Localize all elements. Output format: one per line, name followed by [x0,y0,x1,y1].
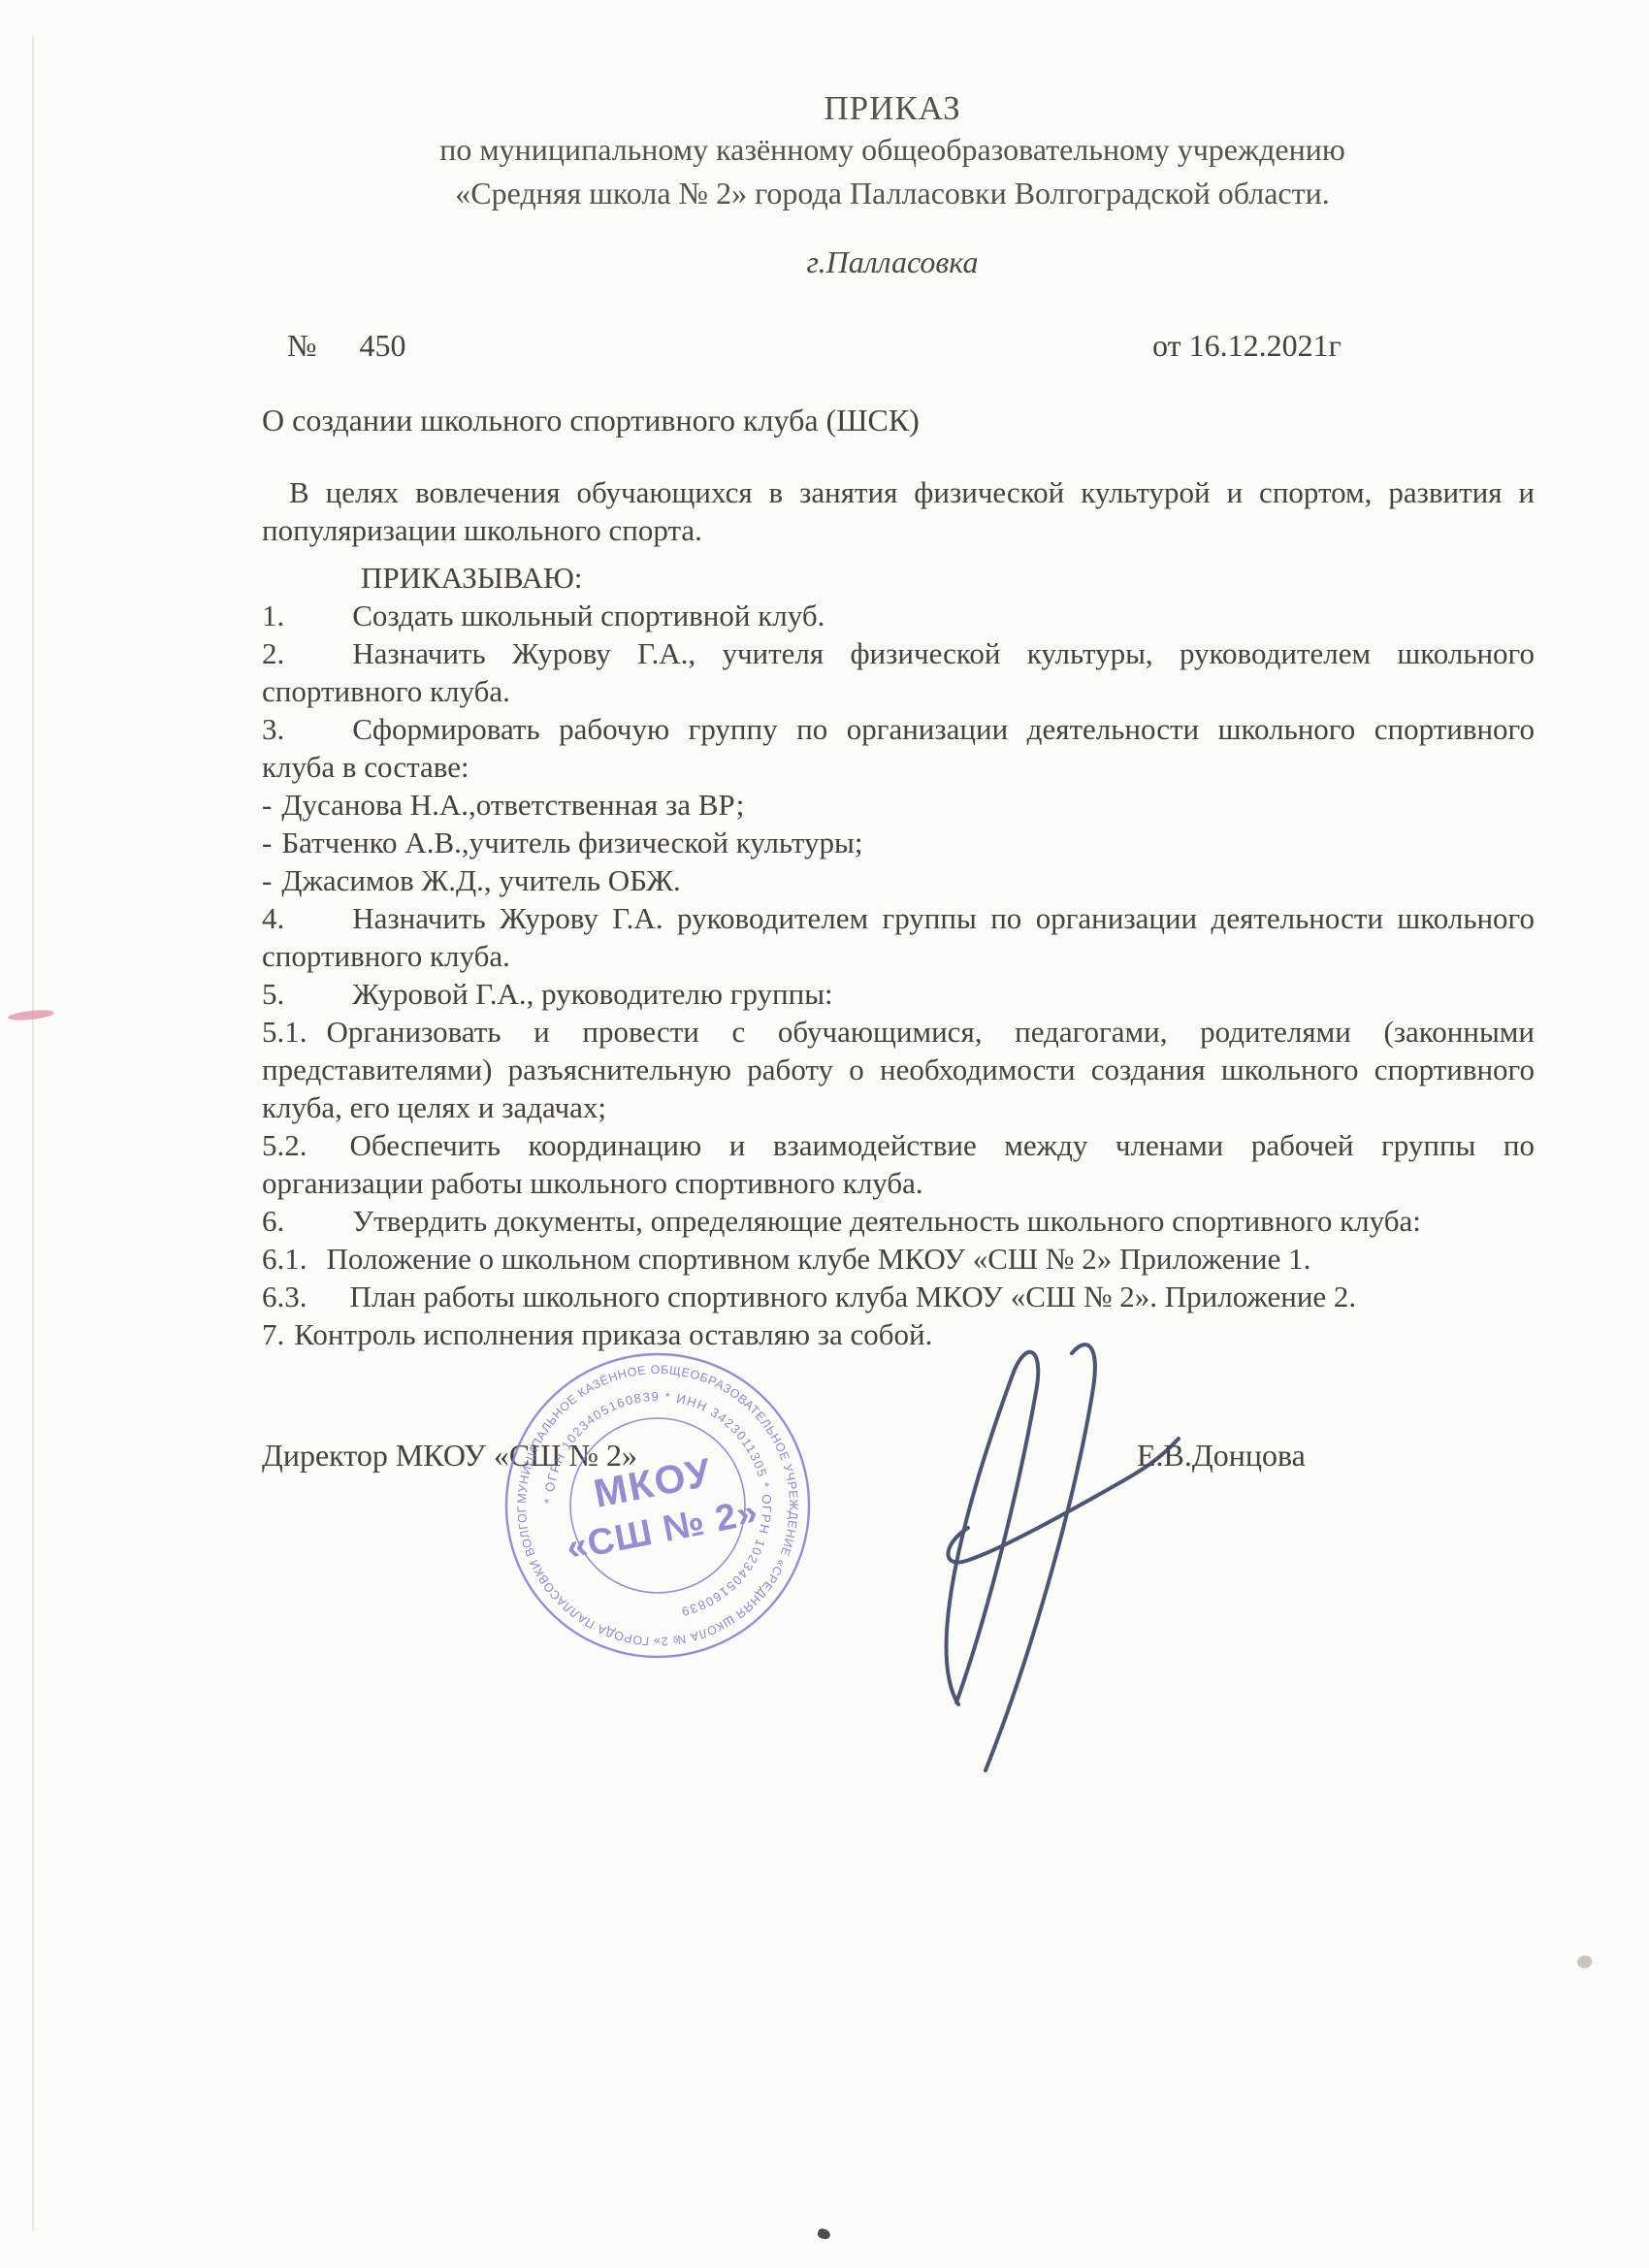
order-item: 4.Назначить Журову Г.А. руководителем гр… [262,899,1535,975]
item-tab [284,738,352,739]
item-text: Сформировать рабочую группу по организац… [262,712,1535,784]
order-item: 5.Журовой Г.А., руководителю группы: [262,975,1535,1013]
item-number: 1. [262,599,284,632]
order-items: 1.Создать школьный спортивной клуб.2.Наз… [262,597,1535,1353]
order-item: -Дусанова Н.А.,ответственная за ВР; [262,786,1535,824]
item-tab [272,852,281,853]
number-label: № [287,328,317,363]
item-number: 7. [262,1317,284,1351]
item-tab [272,890,281,891]
item-tab [284,1230,352,1231]
item-text: Создать школьный спортивной клуб. [352,599,824,632]
order-item: 5.2.Обеспечить координацию и взаимодейст… [262,1126,1535,1202]
item-text: Дусанова Н.А.,ответственная за ВР; [281,788,744,822]
document-date: от 16.12.2021г [1152,328,1342,364]
intro-paragraph: В целях вовлечения обучающихся в занятия… [262,473,1535,549]
signature-ink [892,1324,1222,1780]
item-tab [307,1041,327,1042]
item-text: План работы школьного спортивного клуба … [350,1280,1357,1313]
order-item: 6.1.Положение о школьном спортивном клуб… [262,1240,1535,1278]
item-number: 3. [262,712,284,746]
item-tab [272,814,281,815]
item-tab [284,1003,352,1004]
item-number: 4. [262,901,284,935]
item-tab [284,625,352,626]
signature-stroke-loop1 [947,1352,1039,1704]
scan-fold-line [32,37,34,2231]
order-item: -Батченко А.В.,учитель физической культу… [262,824,1535,861]
item-tab [284,1344,294,1345]
order-item: 2.Назначить Журову Г.А., учителя физичес… [262,634,1535,710]
item-tab [307,1154,350,1155]
order-item: -Джасимов Ж.Д., учитель ОБЖ. [262,861,1535,899]
item-text: Обеспечить координацию и взаимодействие … [262,1128,1535,1200]
document-number: №450 [287,328,406,364]
order-item: 6.Утвердить документы, определяющие деят… [262,1202,1535,1240]
city-line: г.Палласовка [136,244,1649,280]
item-text: Назначить Журову Г.А. руководителем груп… [262,901,1535,973]
item-text: Журовой Г.А., руководителю группы: [352,977,832,1011]
item-number: - [262,788,272,822]
item-text: Утвердить документы, определяющие деятел… [352,1204,1421,1238]
school-stamp: МУНИЦИПАЛЬНОЕ КАЗЁННОЕ ОБЩЕОБРАЗОВАТЕЛЬН… [493,1341,823,1670]
scan-speck-gray [1577,1956,1592,1968]
document-header: ПРИКАЗ по муниципальному казённому общео… [136,89,1649,215]
org-line-1: по муниципальному казённому общеобразова… [136,128,1649,172]
item-text: Положение о школьном спортивном клубе МК… [327,1242,1311,1276]
item-text: Джасимов Ж.Д., учитель ОБЖ. [281,863,680,897]
item-text: Батченко А.В.,учитель физической культур… [281,826,862,859]
item-text: Назначить Журову Г.А., учителя физическо… [262,636,1535,708]
item-number: 5. [262,977,284,1011]
order-item: 3.Сформировать рабочую группу по организ… [262,710,1535,786]
order-item: 1.Создать школьный спортивной клуб. [262,597,1535,634]
item-number: 6.1. [262,1242,307,1276]
stamp-center-text: МКОУ «СШ № 2» [554,1442,762,1570]
item-number: 6. [262,1204,284,1238]
scan-pink-mark [8,1009,55,1022]
item-tab [284,927,352,928]
order-word: ПРИКАЗЫВАЮ: [262,559,1535,597]
item-number: 5.1. [262,1015,307,1049]
item-tab [307,1306,350,1307]
subject-line: О создании школьного спортивного клуба (… [262,403,920,438]
item-number: - [262,826,272,859]
document-title: ПРИКАЗ [136,89,1649,128]
item-number: 6.3. [262,1280,307,1313]
document-body: В целях вовлечения обучающихся в занятия… [262,473,1535,1353]
order-item: 6.3.План работы школьного спортивного кл… [262,1278,1535,1315]
scanned-document-page: ПРИКАЗ по муниципальному казённому общео… [0,0,1649,2268]
item-number: 5.2. [262,1128,307,1162]
org-line-2: «Средняя школа № 2» города Палласовки Во… [136,172,1649,215]
item-number: - [262,863,272,897]
item-tab [307,1268,327,1269]
item-number: 2. [262,636,284,670]
scan-speck-dark [817,2227,831,2241]
order-item: 5.1.Организовать и провести с обучающими… [262,1013,1535,1126]
item-text: Организовать и провести с обучающимися, … [262,1015,1535,1124]
number-value: 450 [360,328,406,363]
item-tab [284,663,352,664]
